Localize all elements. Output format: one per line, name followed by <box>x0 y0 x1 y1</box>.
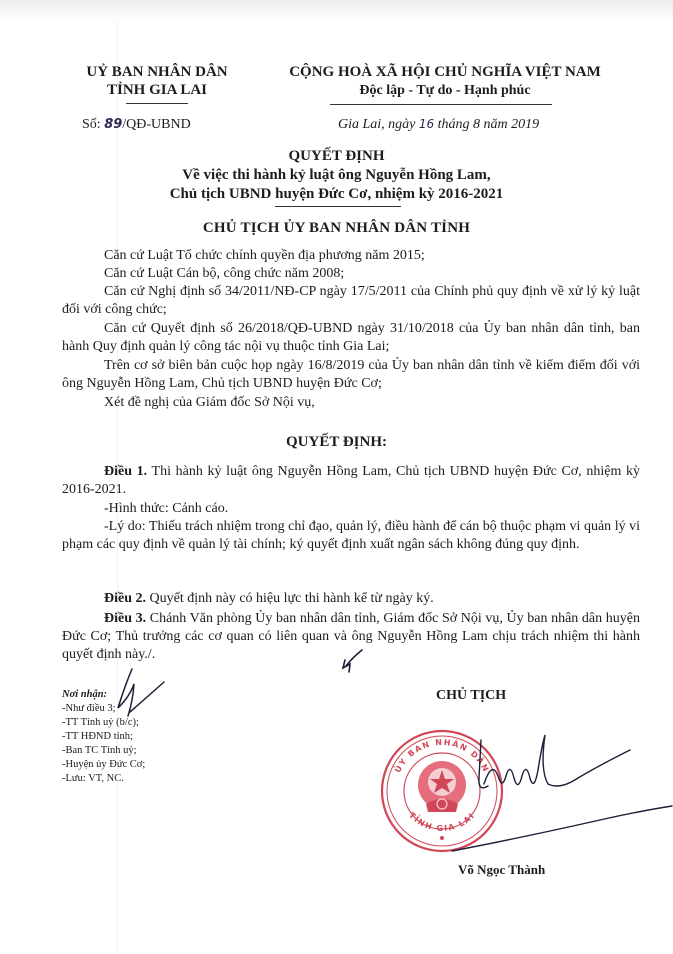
document-page: UỶ BAN NHÂN DÂN TỈNH GIA LAI CỘNG HOÀ XÃ… <box>0 0 673 954</box>
recipients-initial-icon <box>118 669 164 716</box>
svg-text:TỈNH GIA LAI: TỈNH GIA LAI <box>407 811 477 833</box>
seal-and-signatures: ỦY BAN NHÂN DÂN TỈNH GIA LAI <box>0 0 673 954</box>
official-seal-icon: ỦY BAN NHÂN DÂN TỈNH GIA LAI <box>382 731 502 851</box>
initials-mark-icon <box>343 650 362 672</box>
signer-name: Võ Ngọc Thành <box>458 862 545 878</box>
